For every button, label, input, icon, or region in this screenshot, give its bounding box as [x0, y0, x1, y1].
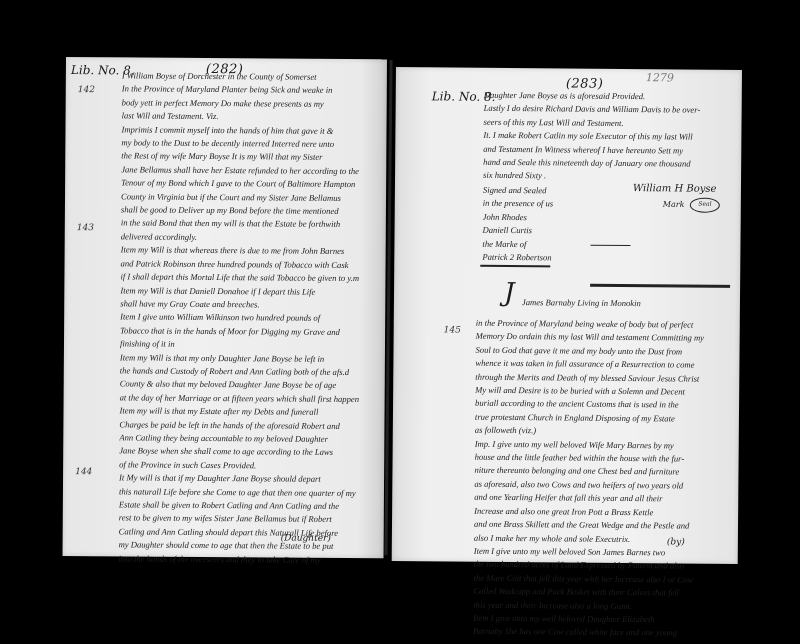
catchword: (by): [667, 537, 685, 547]
text-line: Item my Will is that whereas there is du…: [121, 244, 381, 259]
text-line: my Daughter should come to age that then…: [119, 539, 379, 554]
text-line: in the presence of us: [483, 197, 633, 212]
text-line: Item I give unto William Wilkinson two h…: [120, 311, 380, 326]
testator-signature: William H Boyse: [633, 183, 717, 195]
witness-name: Patrick 2 Robertson: [482, 251, 632, 266]
text-line: finishing of it in: [120, 338, 380, 353]
underline-rule: [480, 265, 550, 267]
catchword: (Daughter): [281, 534, 331, 544]
left-page: Lib. No. 8. (282) 142 143 144 I William …: [63, 57, 387, 558]
will-first-line: James Barnaby Living in Monokin: [522, 296, 732, 311]
text-line: Item my will is that my Estate after my …: [119, 405, 379, 420]
text-line: if I shall depart this Mortal Life that …: [120, 270, 380, 285]
mark-label: Mark: [663, 200, 685, 209]
text-line: Signed and Sealed: [483, 184, 633, 199]
witness-name: John Rhodes: [483, 211, 633, 226]
entry-number: 142: [78, 85, 95, 95]
entry-number: 145: [444, 325, 461, 335]
will-text-right-top: Daughter Jane Boyse as is aforesaid Prov…: [483, 89, 729, 185]
signature-name: William H Boyse: [633, 183, 717, 195]
reference-number: 1279: [646, 71, 674, 84]
seal-icon: Seal: [690, 198, 720, 213]
text-line: It My will is that if my Daughter Jane B…: [119, 472, 379, 487]
mark-and-seal: Mark Seal: [663, 197, 720, 212]
will-text-left: I William Boyse of Dorchester in the Cou…: [118, 69, 381, 567]
text-line: James Barnaby Living in Monokin: [522, 296, 732, 311]
text-line: into the hands of the overseers and they…: [118, 552, 378, 567]
decorated-initial: J: [504, 278, 515, 308]
will-text-right-bottom: in the Province of Maryland being weake …: [473, 317, 731, 641]
entry-number: 143: [77, 223, 94, 233]
text-line: Tenour of my Bond which I gave to the Co…: [121, 177, 381, 192]
text-line: six hundred Sixty .: [483, 169, 728, 185]
text-line: Barnaby She has one Cow called white fac…: [473, 625, 728, 641]
right-page: (283) 1279 Lib. No. 8. Daughter Jane Boy…: [392, 67, 742, 564]
witness-name: Daniell Curtis: [483, 224, 633, 239]
entry-number: 144: [75, 467, 92, 477]
text-line: last Will and Testament. Viz.: [122, 110, 382, 125]
witness-block: Signed and Sealed in the presence of us …: [482, 184, 633, 266]
section-divider: [590, 284, 730, 288]
